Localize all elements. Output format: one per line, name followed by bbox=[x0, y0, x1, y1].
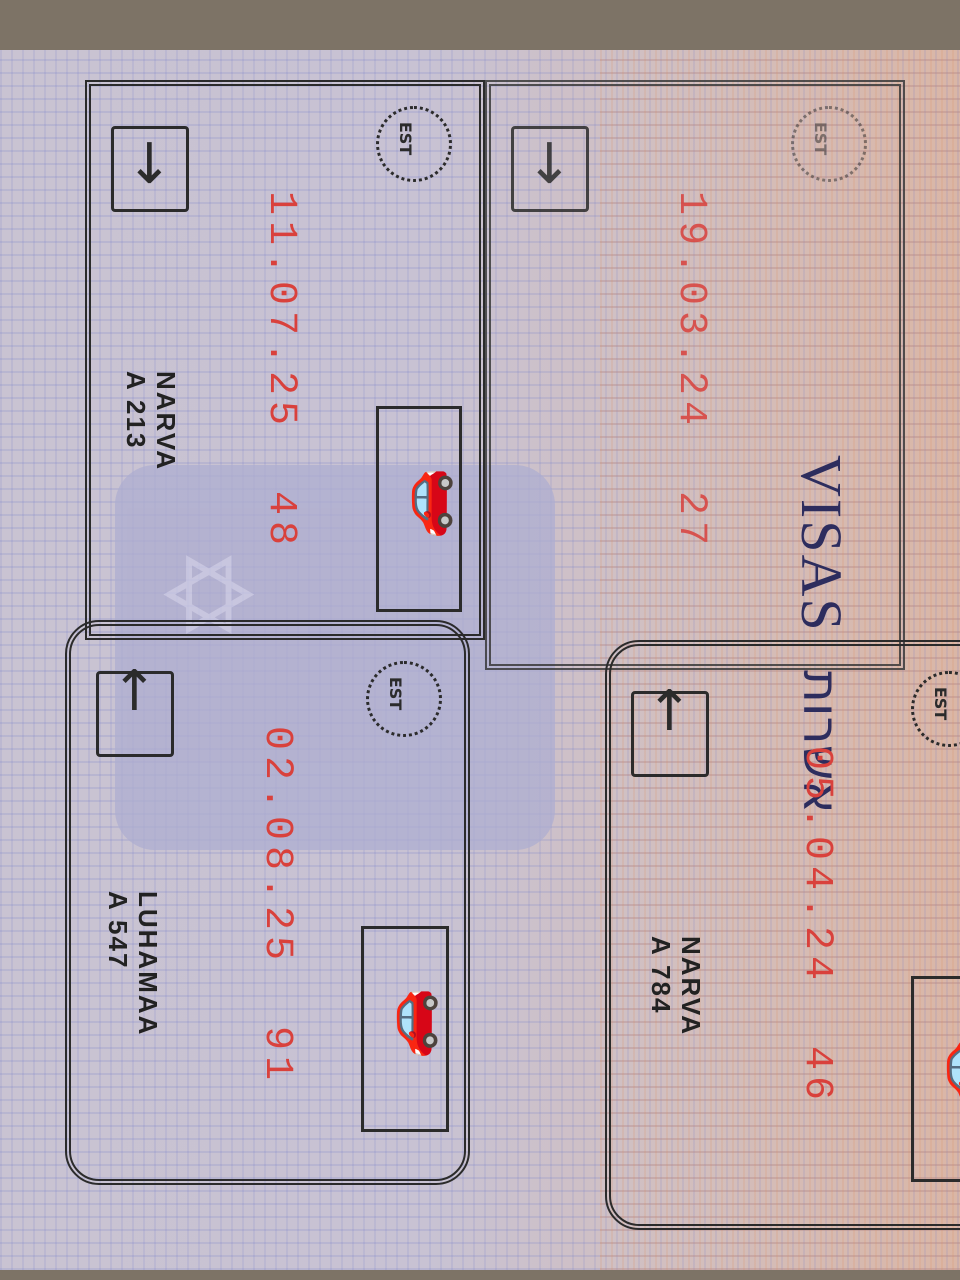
eu-est-emblem: EST bbox=[376, 106, 452, 182]
eu-est-emblem: EST bbox=[911, 671, 960, 747]
stamp-location: NARVAA 784 bbox=[646, 936, 706, 1036]
car-box: 🚗 bbox=[911, 976, 960, 1182]
car-box: 🚗 bbox=[361, 926, 449, 1132]
exit-arrow-box: ↑ bbox=[631, 691, 709, 777]
arrow-up-icon: ↑ bbox=[646, 684, 693, 740]
exit-arrow-box: ↑ bbox=[96, 671, 174, 757]
stamp-location: LUHAMAAA 547 bbox=[103, 891, 163, 1036]
arrow-down-icon: ↓ bbox=[526, 137, 573, 193]
stamp-date: 11.07.25 48 bbox=[258, 191, 303, 551]
arrow-up-icon: ↑ bbox=[111, 664, 158, 720]
arrow-down-icon: ↓ bbox=[126, 137, 173, 193]
car-icon: 🚗 bbox=[372, 987, 441, 1059]
eu-est-emblem: EST bbox=[366, 661, 442, 737]
car-icon: 🚗 bbox=[387, 467, 456, 539]
stamp-location: NARVAA 213 bbox=[121, 371, 181, 471]
passport-page: ✡ ↓ EST 11.07.25 48 NARVAA 213 🚗 ↓ EST 1… bbox=[0, 50, 960, 1270]
entry-arrow-box: ↓ bbox=[511, 126, 589, 212]
car-icon: 🚗 bbox=[922, 1037, 960, 1109]
stamp-date: 05.04.24 46 bbox=[794, 746, 839, 1106]
eu-est-emblem: EST bbox=[791, 106, 867, 182]
stamp-entry-narva-2025: ↓ EST 11.07.25 48 NARVAA 213 🚗 bbox=[85, 80, 485, 640]
entry-arrow-box: ↓ bbox=[111, 126, 189, 212]
stamp-date: 02.08.25 91 bbox=[254, 726, 299, 1086]
stamp-exit-narva-2024: ↑ EST 05.04.24 46 NARVAA 784 🚗 bbox=[605, 640, 960, 1230]
visas-header: VISAS bbox=[788, 455, 855, 633]
car-box: 🚗 bbox=[376, 406, 462, 612]
stamp-date: 19.03.24 27 bbox=[668, 191, 713, 551]
stamp-exit-luhamaa-2025: ↑ EST 02.08.25 91 LUHAMAAA 547 🚗 bbox=[65, 620, 470, 1185]
